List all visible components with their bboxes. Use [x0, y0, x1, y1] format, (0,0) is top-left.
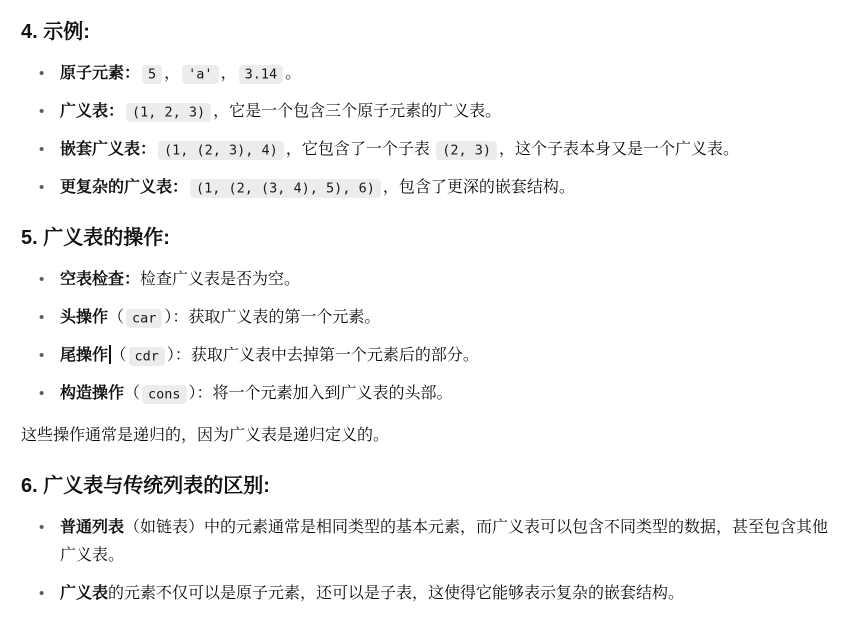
list-item: 嵌套广义表：(1, (2, 3), 4)，它包含了一个子表 (2, 3)，这个子… — [60, 136, 833, 164]
term-label: 构造操作 — [60, 385, 124, 402]
body-text: ）：将一个元素加入到广义表的头部。 — [189, 385, 453, 402]
inline-code: cons — [142, 385, 187, 405]
term-label: 广义表： — [60, 103, 124, 120]
body-text: ）：获取广义表的第一个元素。 — [164, 309, 380, 326]
body-text: ，它是一个包含三个原子元素的广义表。 — [213, 103, 501, 120]
section-heading-operations: 5. 广义表的操作: — [21, 224, 833, 252]
body-text: （ — [108, 309, 124, 326]
inline-code: cdr — [129, 347, 165, 367]
body-text: ，这个子表本身又是一个广义表。 — [499, 141, 739, 158]
inline-code: (1, (2, (3, 4), 5), 6) — [190, 179, 381, 199]
list-item: 原子元素：5，'a'，3.14。 — [60, 60, 833, 88]
term-label: 空表检查： — [60, 271, 140, 288]
term-label: 更复杂的广义表： — [60, 179, 188, 196]
closing-paragraph: 这些操作通常是递归的，因为广义表是递归定义的。 — [21, 422, 833, 450]
body-text: 的元素不仅可以是原子元素，还可以是子表，这使得它能够表示复杂的嵌套结构。 — [108, 585, 684, 602]
section-heading-differences: 6. 广义表与传统列表的区别: — [21, 472, 833, 500]
operations-list: 空表检查：检查广义表是否为空。 头操作（car）：获取广义表的第一个元素。 尾操… — [21, 266, 833, 408]
list-item: 头操作（car）：获取广义表的第一个元素。 — [60, 304, 833, 332]
term-label: 头操作 — [60, 309, 108, 326]
section-heading-examples: 4. 示例: — [21, 18, 833, 46]
list-item: 空表检查：检查广义表是否为空。 — [60, 266, 833, 294]
list-item: 更复杂的广义表：(1, (2, (3, 4), 5), 6)，包含了更深的嵌套结… — [60, 174, 833, 202]
body-text: （ — [124, 385, 140, 402]
body-text: （ — [111, 347, 127, 364]
body-text: 检查广义表是否为空。 — [140, 271, 300, 288]
term-label: 尾操作 — [60, 347, 108, 364]
list-item: 普通列表（如链表）中的元素通常是相同类型的基本元素，而广义表可以包含不同类型的数… — [60, 514, 833, 570]
document-editor[interactable]: 4. 示例: 原子元素：5，'a'，3.14。 广义表：(1, 2, 3)，它是… — [0, 0, 857, 619]
term-label: 广义表 — [60, 585, 108, 602]
inline-code: 'a' — [182, 65, 218, 85]
differences-list: 普通列表（如链表）中的元素通常是相同类型的基本元素，而广义表可以包含不同类型的数… — [21, 514, 833, 608]
inline-code: 3.14 — [239, 65, 284, 85]
body-text: ）：获取广义表中去掉第一个元素后的部分。 — [167, 347, 479, 364]
inline-code: 5 — [142, 65, 162, 85]
inline-code: (1, 2, 3) — [126, 103, 211, 123]
body-text: 。 — [285, 65, 301, 82]
inline-code: (1, (2, 3), 4) — [158, 141, 284, 161]
list-item: 尾操作（cdr）：获取广义表中去掉第一个元素后的部分。 — [60, 342, 833, 370]
list-item: 构造操作（cons）：将一个元素加入到广义表的头部。 — [60, 380, 833, 408]
body-text: ，它包含了一个子表 — [286, 141, 434, 158]
list-item: 广义表：(1, 2, 3)，它是一个包含三个原子元素的广义表。 — [60, 98, 833, 126]
term-label: 嵌套广义表： — [60, 141, 156, 158]
body-text: ， — [221, 65, 237, 82]
body-text: ， — [164, 65, 180, 82]
term-label: 原子元素： — [60, 65, 140, 82]
examples-list: 原子元素：5，'a'，3.14。 广义表：(1, 2, 3)，它是一个包含三个原… — [21, 60, 833, 202]
list-item: 广义表的元素不仅可以是原子元素，还可以是子表，这使得它能够表示复杂的嵌套结构。 — [60, 580, 833, 608]
inline-code: (2, 3) — [436, 141, 497, 161]
body-text: ，包含了更深的嵌套结构。 — [383, 179, 575, 196]
term-label: 普通列表 — [60, 519, 124, 536]
body-text: （如链表）中的元素通常是相同类型的基本元素，而广义表可以包含不同类型的数据，甚至… — [60, 519, 828, 564]
inline-code: car — [126, 309, 162, 329]
